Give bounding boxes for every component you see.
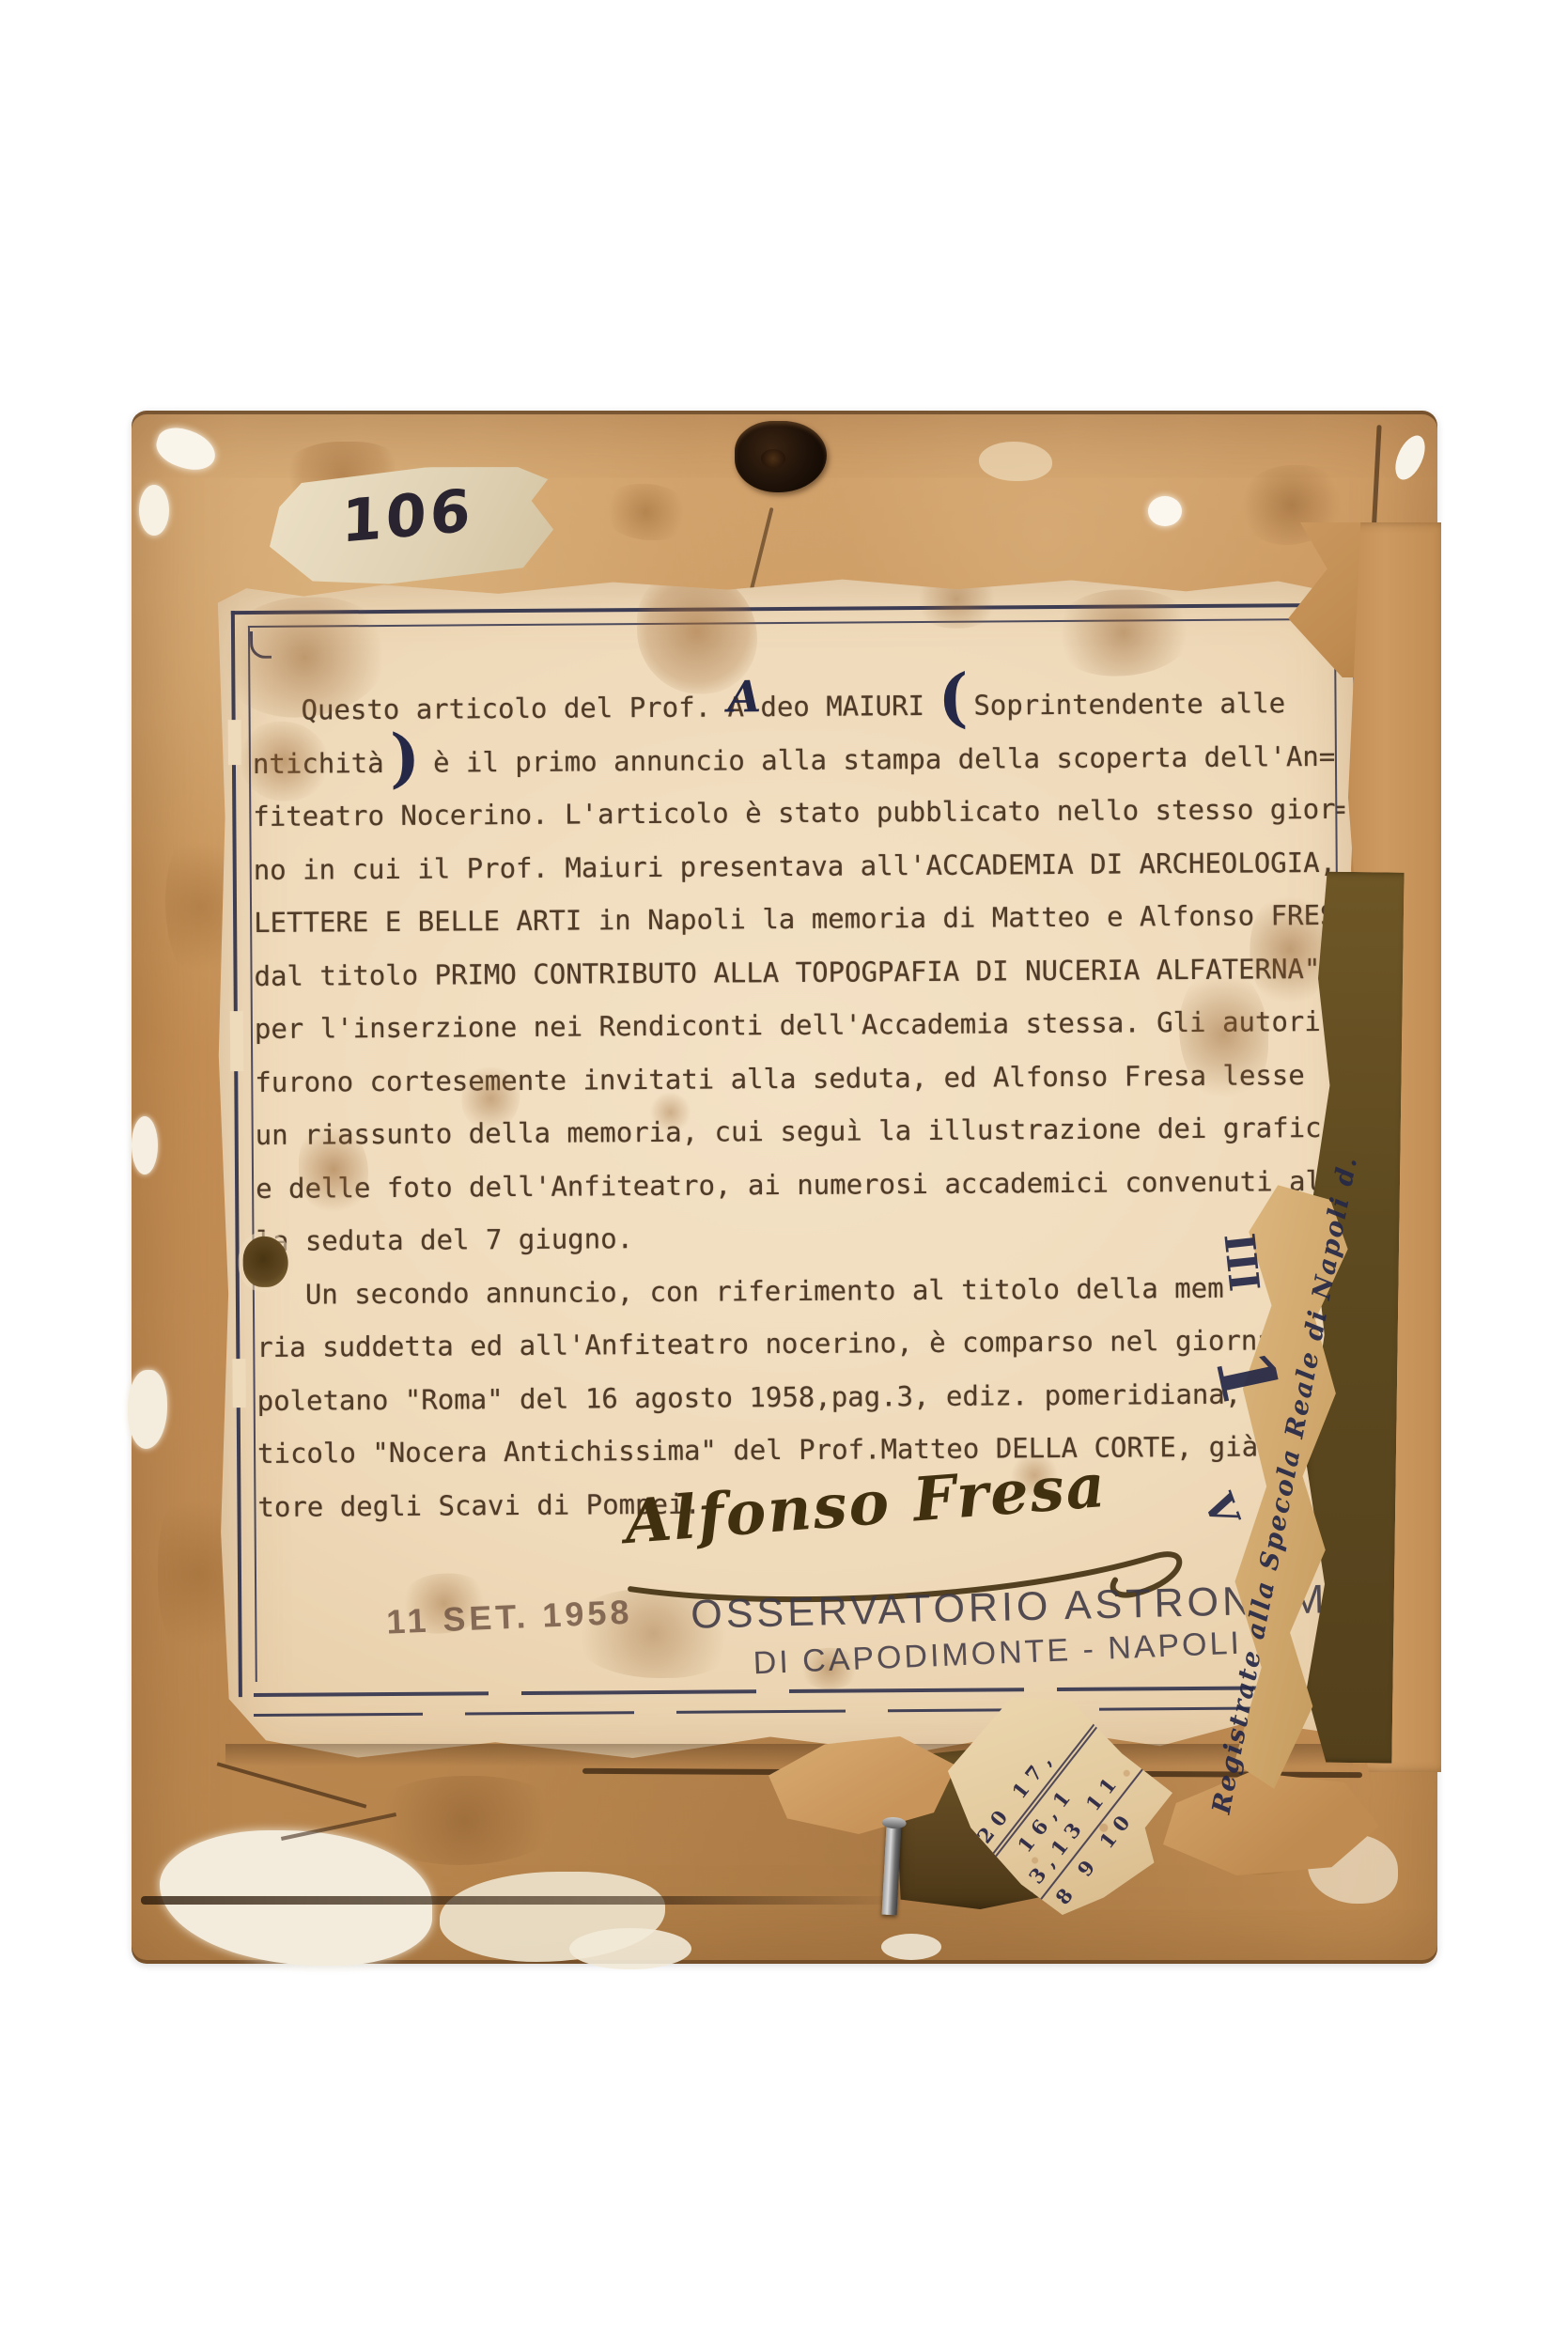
typed-line: per l'inserzione nei Rendiconti dell'Acc… [255, 995, 1346, 1056]
typed-line: poletano "Roma" del 16 agosto 1958,pag.3… [256, 1366, 1348, 1427]
paper-hole [242, 1237, 287, 1287]
printed-fragment: III [1214, 1231, 1267, 1294]
border-break [232, 1359, 245, 1408]
border-break [230, 1011, 243, 1071]
ink-paren-open: ( [938, 661, 969, 736]
ink-paren-close: ) [390, 721, 421, 796]
typed-line: Un secondo annuncio, con riferimento al … [256, 1260, 1348, 1321]
typed-line: e delle foto dell'Anfiteatro, ai numeros… [256, 1154, 1347, 1215]
typed-line: furono cortesemente invitati alla seduta… [255, 1048, 1346, 1109]
border-break [228, 720, 241, 765]
typed-line: un riassunto della memoria, cui seguì la… [256, 1101, 1347, 1162]
typed-line: no in cui il Prof. Maiuri presentava all… [254, 835, 1345, 896]
inventory-number: 106 [341, 475, 474, 556]
typed-line: LETTERE E BELLE ARTI in Napoli la memori… [254, 889, 1345, 950]
ink-correction-letter: A [727, 671, 761, 722]
typed-line: la seduta del 7 giugno. [256, 1207, 1347, 1268]
typed-document-sheet: Questo articolo del Prof. A deo MAIURI (… [212, 571, 1367, 1770]
typed-line: ria suddetta ed all'Anfiteatro nocerino,… [256, 1314, 1348, 1375]
typed-text-block: Questo articolo del Prof. A deo MAIURI (… [252, 677, 1349, 1534]
border-bottom-rule [254, 1706, 1357, 1717]
photo-canvas: 106 Questo articolo del Prof. A deo MAIU… [0, 0, 1568, 2349]
typed-line: ticolo "Nocera Antichissima" del Prof.Ma… [257, 1420, 1349, 1481]
typed-line: dal titolo PRIMO CONTRIBUTO ALLA TOPOGPA… [254, 941, 1345, 1003]
